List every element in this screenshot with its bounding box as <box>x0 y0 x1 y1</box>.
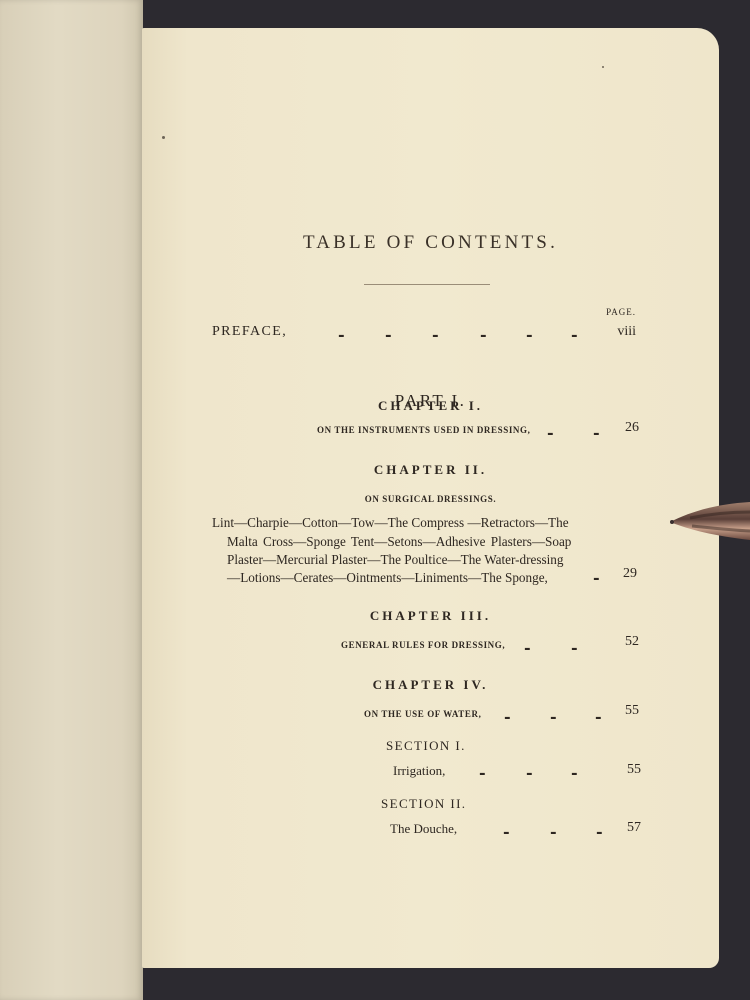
pen-tip-pointer <box>670 500 750 540</box>
leader-dot: - <box>571 638 578 657</box>
leader-dot: - <box>432 325 439 344</box>
toc-entry-preface-label: PREFACE, <box>212 324 287 340</box>
leader-dot: - <box>503 822 510 841</box>
section-2-page: 57 <box>627 820 641 836</box>
chapter-3-heading: CHAPTER III. <box>142 608 719 624</box>
chapter-2-contents-line: Plaster—Mercurial Plaster—The Poultice—T… <box>227 550 563 569</box>
leader-dot: - <box>479 763 486 782</box>
page-title: TABLE OF CONTENTS. <box>142 232 719 254</box>
left-page-blank <box>0 0 143 1000</box>
leader-dot: - <box>593 423 600 442</box>
chapter-3-subject: GENERAL RULES FOR DRESSING, <box>341 640 505 650</box>
leader-dot: - <box>526 325 533 344</box>
chapter-4-subject: ON THE USE OF WATER, <box>364 709 481 719</box>
section-1-item: Irrigation, <box>393 763 445 779</box>
section-2-item: The Douche, <box>390 821 457 837</box>
leader-dot: - <box>547 423 554 442</box>
leader-dot: - <box>385 325 392 344</box>
toc-entry-preface-page: viii <box>617 324 636 340</box>
leader-dot: - <box>524 638 531 657</box>
chapter-2-subject: ON SURGICAL DRESSINGS. <box>142 494 719 504</box>
chapter-2-contents-line: Lint—Charpie—Cotton—Tow—The Compress —Re… <box>212 513 569 532</box>
chapter-2-contents-line: —Lotions—Cerates—Ointments—Liniments—The… <box>227 568 548 587</box>
leader-dot: - <box>504 707 511 726</box>
chapter-1-heading: CHAPTER I. <box>142 398 719 414</box>
chapter-4-page: 55 <box>625 703 639 719</box>
paper-speck <box>162 136 165 139</box>
leader-dot: - <box>550 822 557 841</box>
chapter-2-contents-line: Malta Cross—Sponge Tent—Setons—Adhesive … <box>227 532 571 551</box>
chapter-2-page: 29 <box>623 566 637 582</box>
leader-dot: - <box>338 325 345 344</box>
leader-dot: - <box>526 763 533 782</box>
paper-speck <box>602 66 604 68</box>
leader-dot: - <box>550 707 557 726</box>
leader-dot: - <box>571 325 578 344</box>
chapter-4-heading: CHAPTER IV. <box>142 677 719 693</box>
leader-dot: - <box>595 707 602 726</box>
book-page: TABLE OF CONTENTS. PAGE. PREFACE, - - - … <box>142 28 719 968</box>
section-2-heading: SECTION II. <box>381 796 466 812</box>
chapter-2-heading: CHAPTER II. <box>142 462 719 478</box>
page-column-header: PAGE. <box>606 307 636 317</box>
chapter-3-page: 52 <box>625 634 639 650</box>
leader-dot: - <box>480 325 487 344</box>
section-1-page: 55 <box>627 762 641 778</box>
title-rule-divider <box>364 284 490 285</box>
leader-dot: - <box>593 568 600 587</box>
leader-dot: - <box>596 822 603 841</box>
chapter-1-subject: ON THE INSTRUMENTS USED IN DRESSING, <box>317 425 530 435</box>
section-1-heading: SECTION I. <box>386 738 466 754</box>
chapter-1-page: 26 <box>625 420 639 436</box>
leader-dot: - <box>571 763 578 782</box>
